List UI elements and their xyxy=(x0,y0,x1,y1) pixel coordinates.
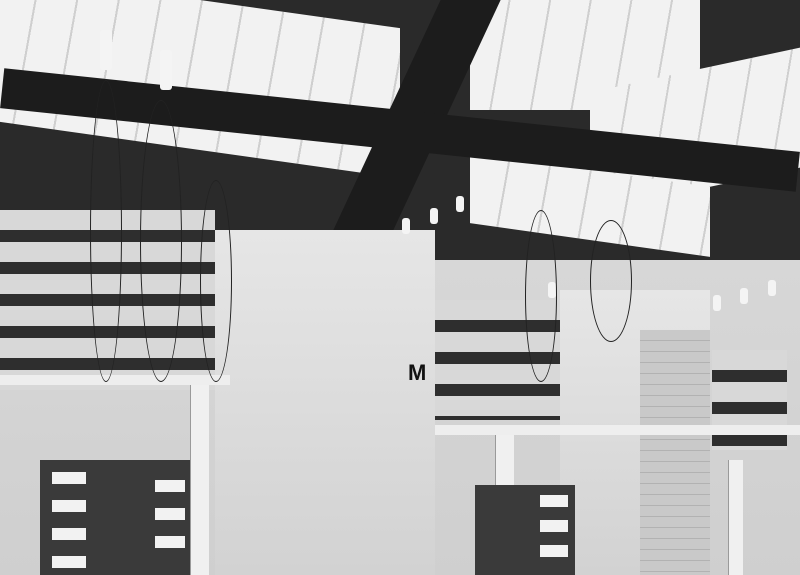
frame-slot xyxy=(155,536,185,548)
insulator xyxy=(160,50,172,90)
railing-post xyxy=(728,460,743,575)
railing xyxy=(435,425,800,435)
insulator xyxy=(740,288,748,304)
hanging-cable xyxy=(90,80,122,382)
frame-slot xyxy=(155,508,185,520)
insulator xyxy=(100,30,112,70)
insulator xyxy=(402,218,410,234)
wall-partition xyxy=(215,230,435,575)
frame-slot xyxy=(540,495,568,507)
hanging-cable xyxy=(525,210,557,382)
insulator xyxy=(430,208,438,224)
frame-slot xyxy=(52,500,86,512)
railing-post xyxy=(190,385,209,575)
frame-slot xyxy=(540,520,568,532)
frame-slot xyxy=(52,556,86,568)
insulator xyxy=(768,280,776,296)
frame-slot xyxy=(52,528,86,540)
hanging-cable xyxy=(200,180,232,382)
photo-scene: M xyxy=(0,0,800,575)
frame-slot xyxy=(540,545,568,557)
frame-slot xyxy=(52,472,86,484)
hanging-cable xyxy=(590,220,632,342)
hanging-cable xyxy=(140,100,182,382)
frame-slot xyxy=(155,480,185,492)
insulator xyxy=(456,196,464,212)
brick-wall xyxy=(640,330,710,575)
railing xyxy=(0,375,230,385)
insulator xyxy=(713,295,721,311)
wire-rack xyxy=(712,350,787,450)
wall-letter: M xyxy=(408,360,426,386)
